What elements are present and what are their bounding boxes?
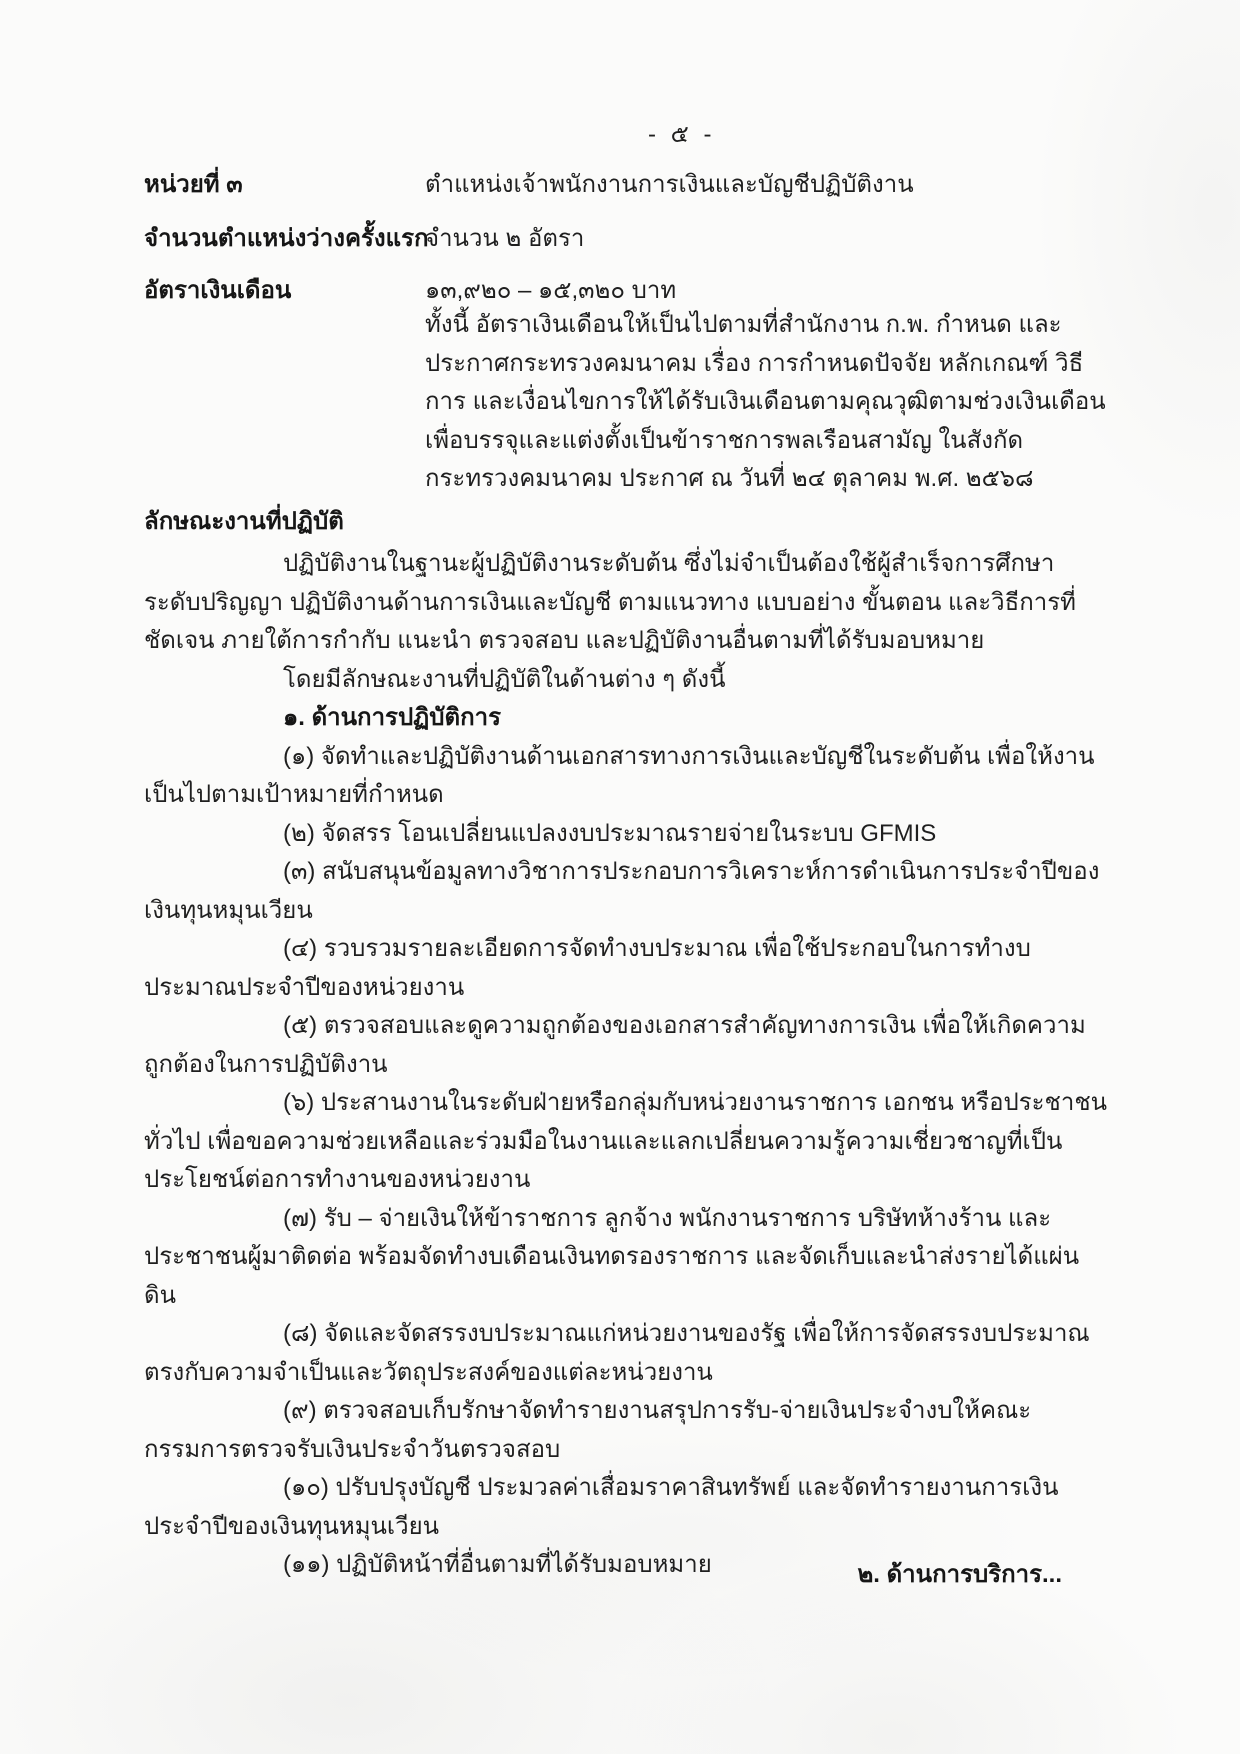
duty-item-5: (๕) ตรวจสอบและดูความถูกต้องของเอกสารสำคั… <box>144 1007 1107 1084</box>
salary-range-value: ๑๓,๙๒๐ – ๑๕,๓๒๐ บาท <box>425 272 676 311</box>
duties-subsection-heading: ๑. ด้านการปฏิบัติการ <box>144 699 1107 738</box>
duty-item-2: (๒) จัดสรร โอนเปลี่ยนแปลงงบประมาณรายจ่าย… <box>144 815 1107 854</box>
unit-value-position-title: ตำแหน่งเจ้าพนักงานการเงินและบัญชีปฏิบัติ… <box>425 166 914 205</box>
duty-item-8: (๘) จัดและจัดสรรงบประมาณแก่หน่วยงานของรั… <box>144 1315 1107 1392</box>
unit-label: หน่วยที่ ๓ <box>144 166 243 205</box>
duty-item-9: (๙) ตรวจสอบเก็บรักษาจัดทำรายงานสรุปการรั… <box>144 1392 1107 1469</box>
duty-item-10: (๑๐) ปรับปรุงบัญชี ประมวลค่าเสื่อมราคาสิ… <box>144 1469 1107 1546</box>
duties-section-heading: ลักษณะงานที่ปฏิบัติ <box>144 503 344 542</box>
scanned-document-page: - ๕ - หน่วยที่ ๓ ตำแหน่งเจ้าพนักงานการเง… <box>0 0 1240 1754</box>
vacancies-label: จำนวนตำแหน่งว่างครั้งแรก <box>144 220 429 259</box>
duties-intro-paragraph: ปฏิบัติงานในฐานะผู้ปฏิบัติงานระดับต้น ซึ… <box>144 545 1107 661</box>
duty-item-3: (๓) สนับสนุนข้อมูลทางวิชาการประกอบการวิเ… <box>144 853 1107 930</box>
salary-note-paragraph: ทั้งนี้ อัตราเงินเดือนให้เป็นไปตามที่สำน… <box>425 306 1117 499</box>
duties-section-body: ปฏิบัติงานในฐานะผู้ปฏิบัติงานระดับต้น ซึ… <box>144 545 1107 1585</box>
duty-item-7: (๗) รับ – จ่ายเงินให้ข้าราชการ ลูกจ้าง พ… <box>144 1200 1107 1316</box>
salary-label: อัตราเงินเดือน <box>144 272 291 311</box>
duties-intro-lead: โดยมีลักษณะงานที่ปฏิบัติในด้านต่าง ๆ ดัง… <box>144 661 1107 700</box>
next-section-continuation: ๒. ด้านการบริการ... <box>857 1556 1062 1595</box>
duty-item-4: (๔) รวบรวมรายละเอียดการจัดทำงบประมาณ เพื… <box>144 930 1107 1007</box>
page-number: - ๕ - <box>648 116 715 155</box>
duty-item-6: (๖) ประสานงานในระดับฝ่ายหรือกลุ่มกับหน่ว… <box>144 1084 1107 1200</box>
vacancies-value: จำนวน ๒ อัตรา <box>425 220 584 259</box>
duty-item-1: (๑) จัดทำและปฏิบัติงานด้านเอกสารทางการเง… <box>144 738 1107 815</box>
